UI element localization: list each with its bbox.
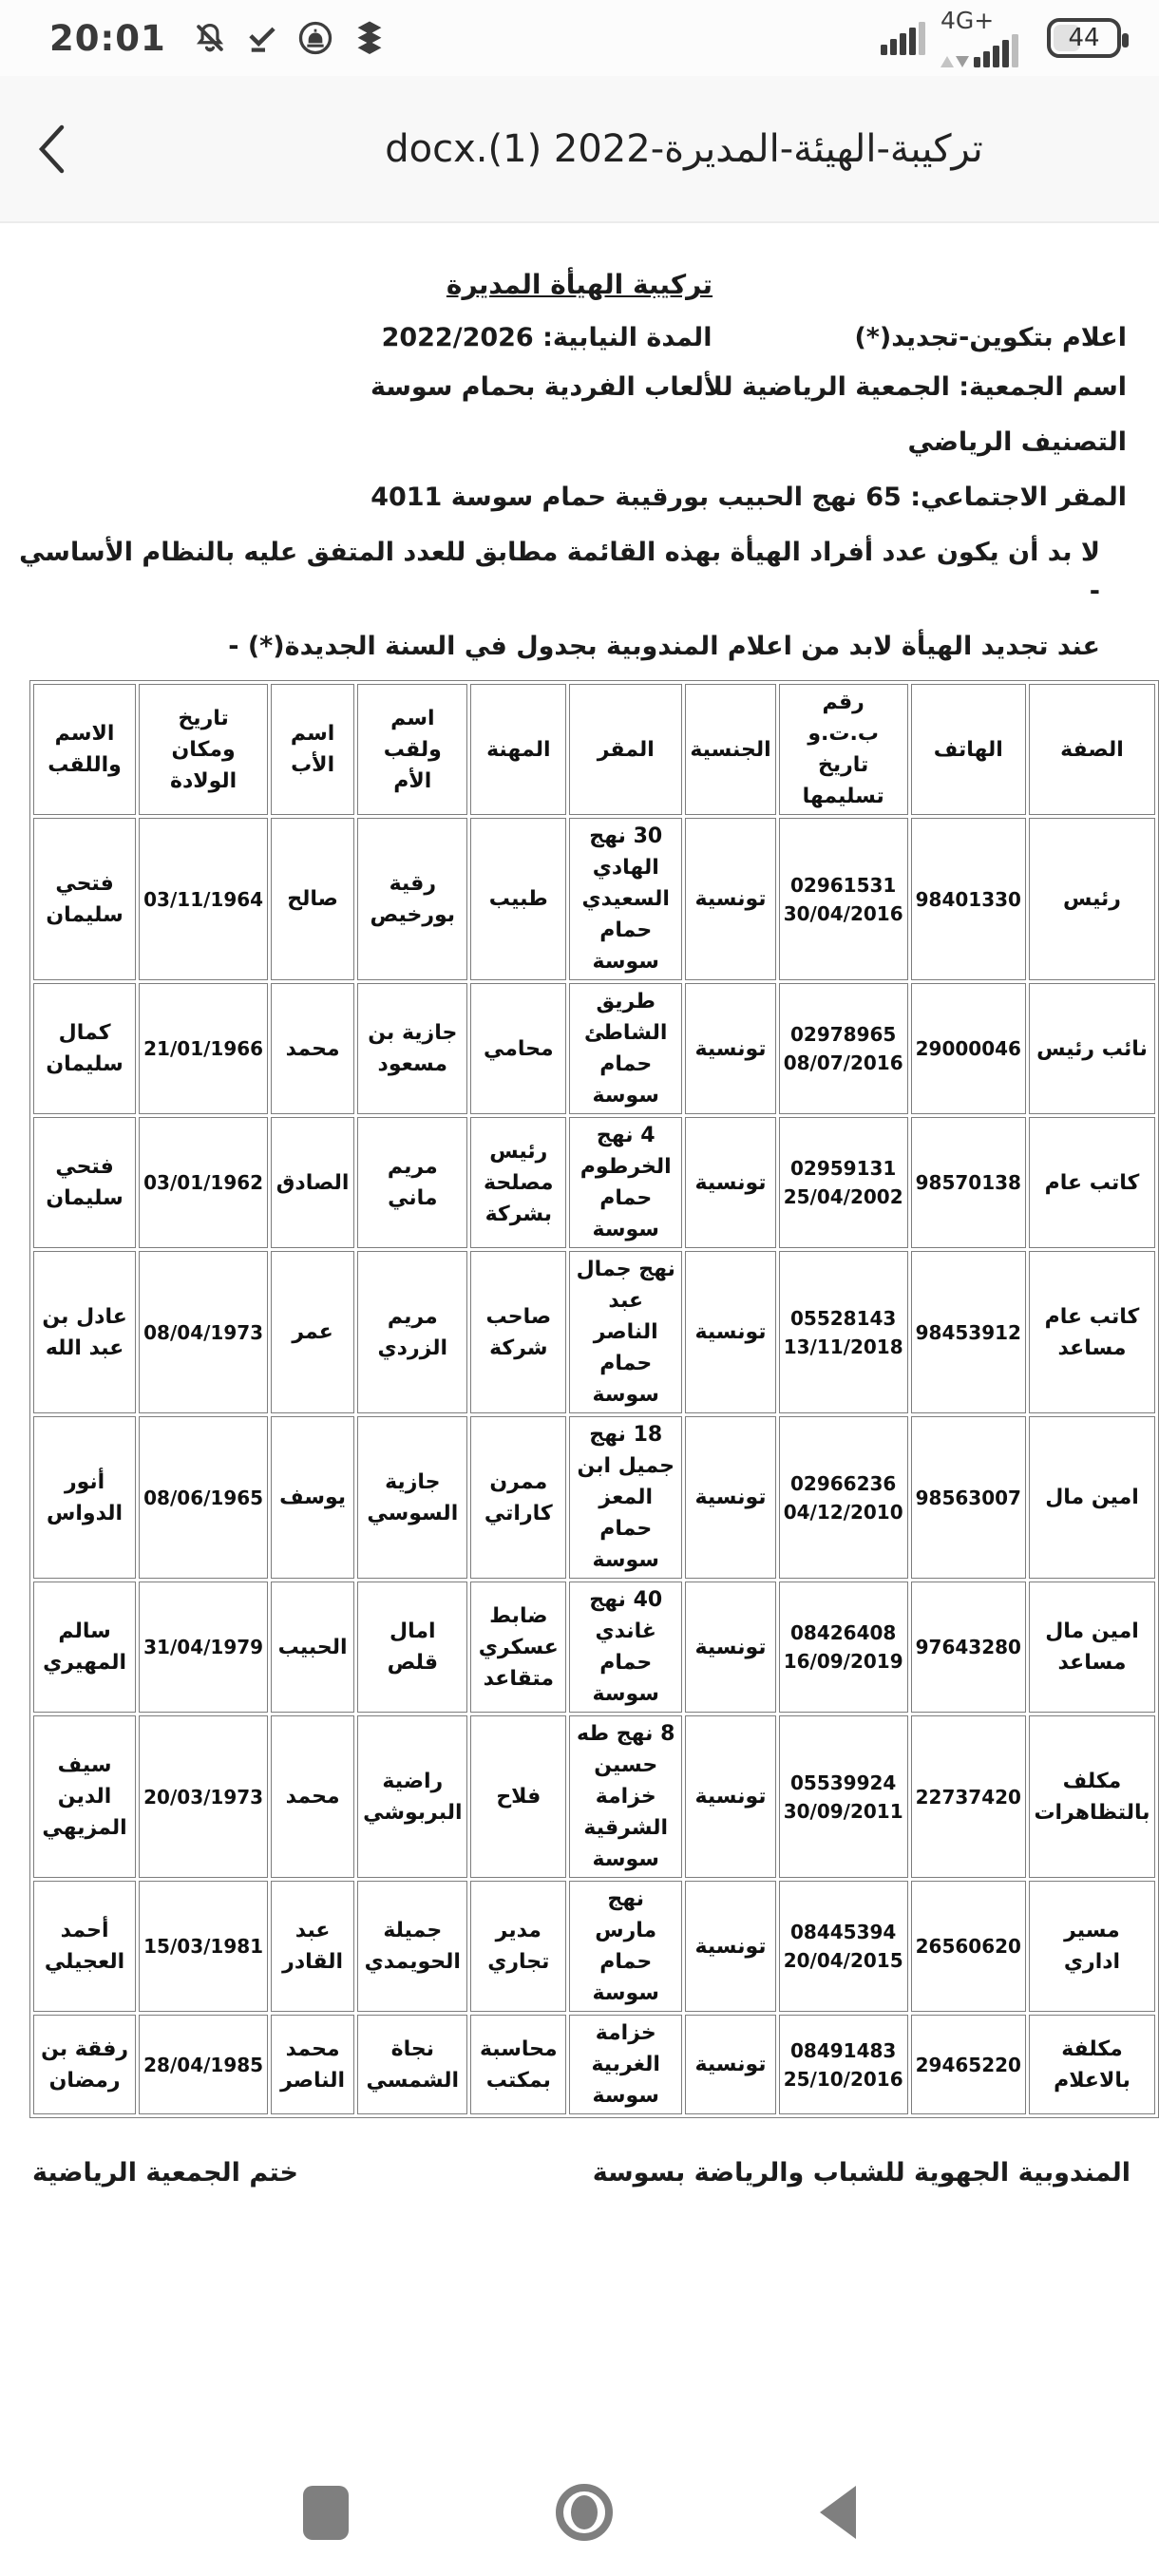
cell-father: الحبيب — [271, 1582, 354, 1713]
cell-name: كمال سليمان — [33, 983, 136, 1114]
doc-footer: المندوبية الجهوية للشباب والرياضة بسوسة … — [0, 2158, 1159, 2188]
battery-nub — [1122, 33, 1129, 47]
cell-address: نهج مارس حمام سوسة — [569, 1881, 682, 2012]
cell-father: عمر — [271, 1251, 354, 1413]
col-father: اسم الأب — [271, 684, 354, 815]
cell-profession: محامي — [470, 983, 566, 1114]
col-role: الصفة — [1029, 684, 1155, 815]
cell-address: 4 نهج الخرطوم حمام سوسة — [569, 1117, 682, 1248]
cell-nationality: تونسية — [685, 1416, 775, 1579]
status-bar-right: 4G+ 44 — [878, 9, 1121, 67]
network-group: 4G+ — [940, 9, 1018, 67]
cell-nationality: تونسية — [685, 2015, 775, 2114]
cell-mother: امال قلص — [357, 1582, 467, 1713]
cell-id: 0295913125/04/2002 — [779, 1117, 908, 1248]
cell-mother: جازية بن مسعود — [357, 983, 467, 1114]
cell-phone: 22737420 — [911, 1715, 1026, 1878]
cell-birth: 28/04/1985 — [139, 2015, 268, 2114]
col-profession: المهنة — [470, 684, 566, 815]
col-id: رقم ب.ت.و تاريخ تسليمها — [779, 684, 908, 815]
android-nav-bar — [0, 2470, 1159, 2555]
cell-name: سالم المهيري — [33, 1582, 136, 1713]
cell-mother: نجاة الشمسي — [357, 2015, 467, 2114]
cell-birth: 03/01/1962 — [139, 1117, 268, 1248]
table-row: امين مال 98563007 0296623604/12/2010 تون… — [33, 1416, 1155, 1579]
line-classification: التصنيف الرياضي — [0, 423, 1159, 463]
cell-role: امين مال مساعد — [1029, 1582, 1155, 1713]
footer-stamp: ختم الجمعية الرياضية — [32, 2158, 298, 2188]
cell-mother: جازية السوسي — [357, 1416, 467, 1579]
notice-right: اعلام بتكوين-تجديد(*) — [854, 323, 1127, 352]
back-button[interactable] — [0, 76, 104, 221]
cell-id: 0552814313/11/2018 — [779, 1251, 908, 1413]
cell-role: امين مال — [1029, 1416, 1155, 1579]
home-button[interactable] — [556, 2484, 613, 2541]
layers-icon — [351, 20, 388, 56]
cell-phone: 97643280 — [911, 1582, 1026, 1713]
table-row: كاتب عام مساعد 98453912 0552814313/11/20… — [33, 1251, 1155, 1413]
cell-phone: 29465220 — [911, 2015, 1026, 2114]
cell-profession: ضابط عسكري متقاعد — [470, 1582, 566, 1713]
cell-address: خزامة الغربية سوسة — [569, 2015, 682, 2114]
doc-heading: تركيبة الهيأة المديرة — [0, 269, 1159, 300]
cell-role: كاتب عام — [1029, 1117, 1155, 1248]
col-mother: اسم ولقب الأم — [357, 684, 467, 815]
signal-sim1-icon — [878, 22, 925, 55]
cell-birth: 03/11/1964 — [139, 818, 268, 980]
cell-father: محمد — [271, 1715, 354, 1878]
cell-role: مكلفة بالاعلام — [1029, 2015, 1155, 2114]
col-nationality: الجنسية — [685, 684, 775, 815]
cell-id: 0842640816/09/2019 — [779, 1582, 908, 1713]
table-row: مكلف بالتظاهرات 22737420 0553992430/09/2… — [33, 1715, 1155, 1878]
cell-birth: 31/04/1979 — [139, 1582, 268, 1713]
table-row: مكلفة بالاعلام 29465220 0849148325/10/20… — [33, 2015, 1155, 2114]
cell-role: مسير اداري — [1029, 1881, 1155, 2012]
cell-role: رئيس — [1029, 818, 1155, 980]
data-arrows-icon — [940, 56, 969, 67]
line-rule-2: عند تجديد الهيأة لابد من اعلام المندوبية… — [0, 627, 1159, 667]
cell-birth: 21/01/1966 — [139, 983, 268, 1114]
table-row: مسير اداري 26560620 0844539420/04/2015 ت… — [33, 1881, 1155, 2012]
cell-nationality: تونسية — [685, 818, 775, 980]
doc-notice-line: اعلام بتكوين-تجديد(*)المدة النيابية: 202… — [0, 323, 1159, 352]
cell-birth: 08/06/1965 — [139, 1416, 268, 1579]
cell-nationality: تونسية — [685, 1117, 775, 1248]
cell-name: أحمد العجيلي — [33, 1881, 136, 2012]
table-clip-area: الصفة الهاتف رقم ب.ت.و تاريخ تسليمها الج… — [0, 680, 1159, 2118]
cell-id: 0553992430/09/2011 — [779, 1715, 908, 1878]
cell-phone: 98453912 — [911, 1251, 1026, 1413]
cell-mother: جميلة الحويمدي — [357, 1881, 467, 2012]
cell-father: محمد — [271, 983, 354, 1114]
cell-nationality: تونسية — [685, 983, 775, 1114]
cell-birth: 15/03/1981 — [139, 1881, 268, 2012]
table-row: امين مال مساعد 97643280 0842640816/09/20… — [33, 1582, 1155, 1713]
cell-mother: راضية البربوشي — [357, 1715, 467, 1878]
cell-father: الصادق — [271, 1117, 354, 1248]
cell-father: صالح — [271, 818, 354, 980]
cell-address: 8 نهج طه حسين خزامة الشرقية سوسة — [569, 1715, 682, 1878]
cell-name: عادل بن عبد الله — [33, 1251, 136, 1413]
cell-role: مكلف بالتظاهرات — [1029, 1715, 1155, 1878]
cell-father: يوسف — [271, 1416, 354, 1579]
cell-mother: رقية بورخيص — [357, 818, 467, 980]
cell-address: 18 نهج جميل ابن المعز حمام سوسة — [569, 1416, 682, 1579]
cell-father: عبد القادر — [271, 1881, 354, 2012]
battery-percent: 44 — [1068, 24, 1099, 52]
cell-nationality: تونسية — [685, 1881, 775, 2012]
cell-phone: 26560620 — [911, 1881, 1026, 2012]
cell-nationality: تونسية — [685, 1582, 775, 1713]
cell-profession: مدير تجاري — [470, 1881, 566, 2012]
board-members-table: الصفة الهاتف رقم ب.ت.و تاريخ تسليمها الج… — [29, 680, 1159, 2118]
document-page: تركيبة الهيأة المديرة اعلام بتكوين-تجديد… — [0, 225, 1159, 2188]
battery-icon: 44 — [1047, 18, 1121, 58]
cell-name: فتحي سليمان — [33, 818, 136, 980]
cell-phone: 98401330 — [911, 818, 1026, 980]
cell-address: طريق الشاطئ حمام سوسة — [569, 983, 682, 1114]
table-row: كاتب عام 98570138 0295913125/04/2002 تون… — [33, 1117, 1155, 1248]
table-row: رئيس 98401330 0296153130/04/2016 تونسية … — [33, 818, 1155, 980]
cell-id: 0844539420/04/2015 — [779, 1881, 908, 2012]
line-association-name: اسم الجمعية: الجمعية الرياضية للألعاب ال… — [0, 368, 1159, 407]
document-title: تركيبة-الهيئة-المديرة-2022 (1).docx — [104, 127, 1159, 171]
col-phone: الهاتف — [911, 684, 1026, 815]
line-address: المقر الاجتماعي: 65 نهج الحبيب بورقيبة ح… — [0, 478, 1159, 518]
recents-button[interactable] — [303, 2486, 349, 2540]
chevron-left-icon — [32, 122, 72, 177]
back-nav-button[interactable] — [820, 2486, 856, 2539]
cell-address: 40 نهج غاندي حمام سوسة — [569, 1582, 682, 1713]
col-birth: تاريخ ومكان الولادة — [139, 684, 268, 815]
mosque-app-icon — [296, 19, 334, 57]
col-address: المقر — [569, 684, 682, 815]
cell-address: 30 نهج الهادي السعيدي حمام سوسة — [569, 818, 682, 980]
cell-phone: 29000046 — [911, 983, 1026, 1114]
cell-profession: محاسبة بمكتب — [470, 2015, 566, 2114]
status-bar: 20:01 4G+ — [0, 0, 1159, 76]
cell-id: 0296623604/12/2010 — [779, 1416, 908, 1579]
col-name: الاسم واللقب — [33, 684, 136, 815]
signal-sim2-icon — [971, 34, 1018, 67]
notifications-muted-icon — [192, 20, 228, 56]
cell-role: نائب رئيس — [1029, 983, 1155, 1114]
cell-name: سيف الدين المزيهي — [33, 1715, 136, 1878]
cell-nationality: تونسية — [685, 1715, 775, 1878]
network-type-label: 4G+ — [940, 9, 994, 32]
cell-name: أنور الدواس — [33, 1416, 136, 1579]
cell-father: محمد الناصر — [271, 2015, 354, 2114]
cell-name: فتحي سليمان — [33, 1117, 136, 1248]
cell-role: كاتب عام مساعد — [1029, 1251, 1155, 1413]
table-header-row: الصفة الهاتف رقم ب.ت.و تاريخ تسليمها الج… — [33, 684, 1155, 815]
cell-id: 0296153130/04/2016 — [779, 818, 908, 980]
cell-birth: 08/04/1973 — [139, 1251, 268, 1413]
line-rule-1: لا بد أن يكون عدد أفراد الهيأة بهذه القا… — [0, 533, 1159, 613]
cell-nationality: تونسية — [685, 1251, 775, 1413]
home-icon — [571, 2495, 598, 2529]
cell-profession: صاحب شركة — [470, 1251, 566, 1413]
cell-id: 0849148325/10/2016 — [779, 2015, 908, 2114]
cell-id: 0297896508/07/2016 — [779, 983, 908, 1114]
notice-left: المدة النيابية: 2022/2026 — [382, 323, 712, 352]
cell-birth: 20/03/1973 — [139, 1715, 268, 1878]
cell-mother: مريم ماني — [357, 1117, 467, 1248]
app-bar: تركيبة-الهيئة-المديرة-2022 (1).docx — [0, 76, 1159, 223]
table-row: نائب رئيس 29000046 0297896508/07/2016 تو… — [33, 983, 1155, 1114]
cell-address: نهج جمال عبد الناصر حمام سوسة — [569, 1251, 682, 1413]
cell-name: رفقة بن رمضان — [33, 2015, 136, 2114]
cell-phone: 98563007 — [911, 1416, 1026, 1579]
footer-delegation: المندوبية الجهوية للشباب والرياضة بسوسة — [593, 2158, 1130, 2188]
cell-profession: رئيس مصلحة بشركة — [470, 1117, 566, 1248]
cell-mother: مريم الزردي — [357, 1251, 467, 1413]
cell-phone: 98570138 — [911, 1117, 1026, 1248]
cell-profession: طبيب — [470, 818, 566, 980]
cell-profession: ممرن كاراتي — [470, 1416, 566, 1579]
cell-profession: فلاح — [470, 1715, 566, 1878]
clock: 20:01 — [49, 18, 166, 59]
check-underline-icon — [245, 21, 279, 55]
